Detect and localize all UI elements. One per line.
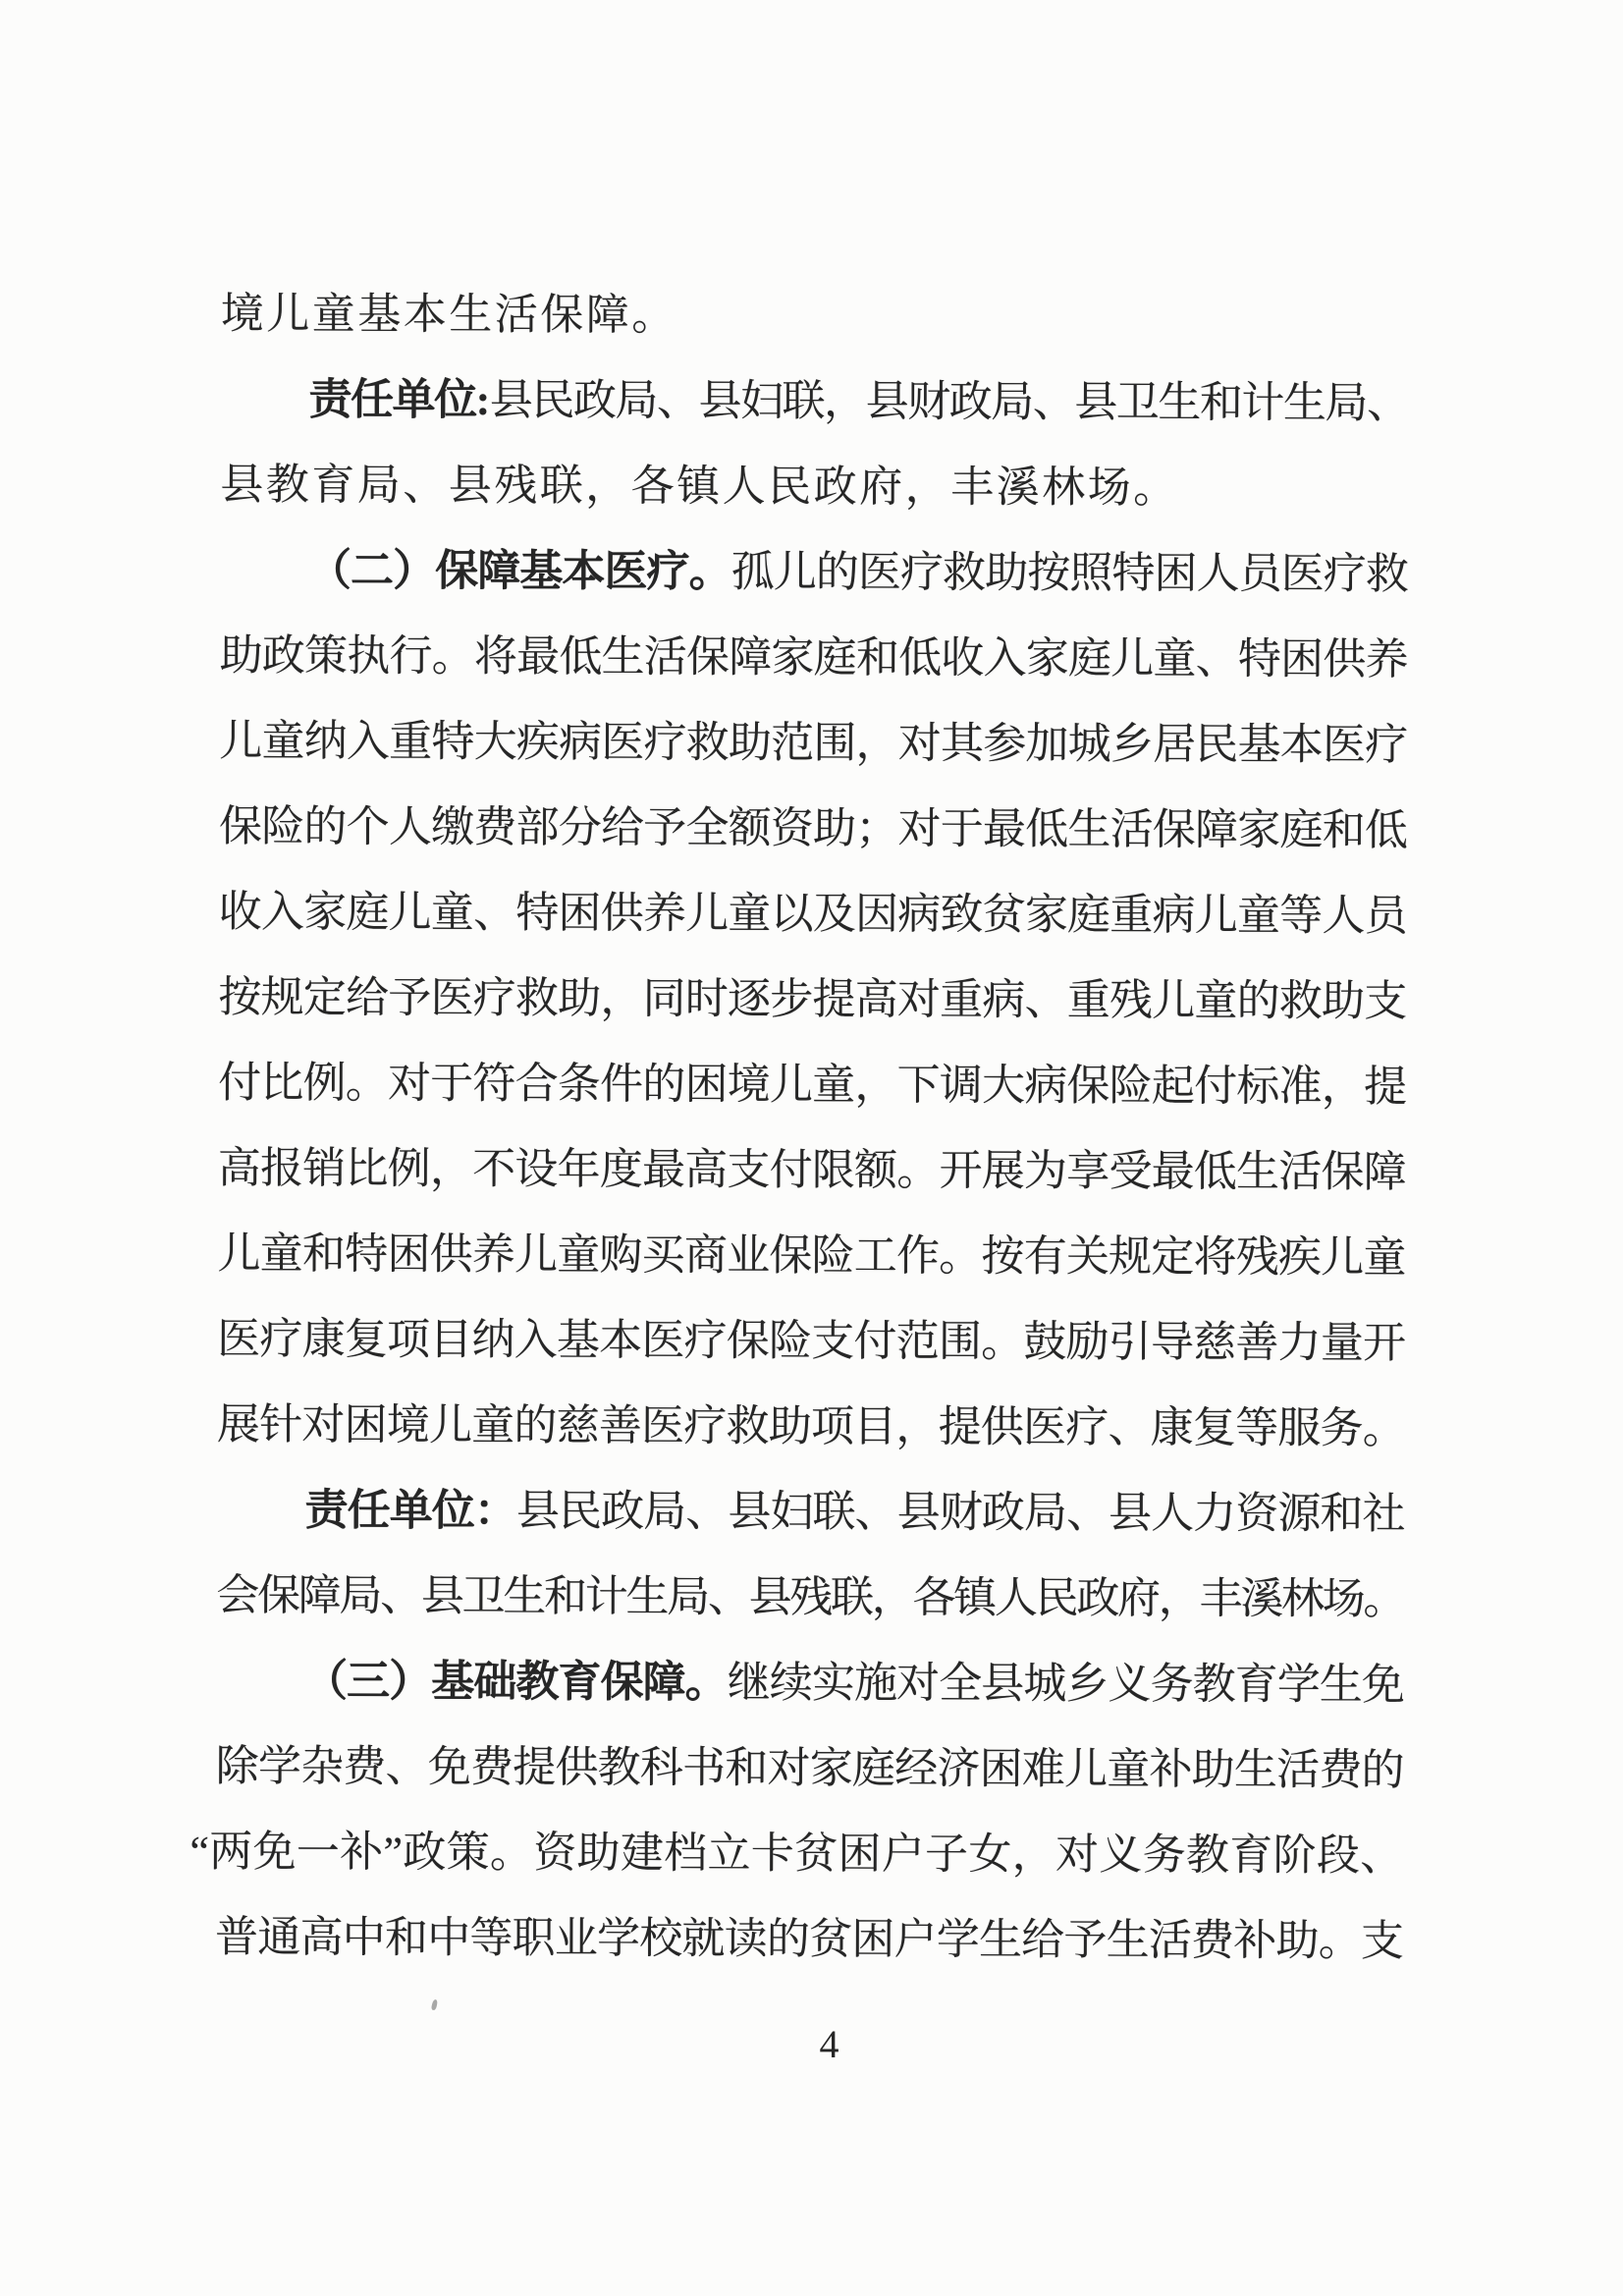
text-char: 儿 bbox=[770, 1063, 812, 1106]
text-char: 本 bbox=[562, 550, 604, 593]
text-char: 病 bbox=[1152, 894, 1194, 937]
text-line: 付比例。对于符合条件的困境儿童，下调大病保险起付标准，提 bbox=[218, 1040, 1406, 1129]
text-char: 县 bbox=[728, 1490, 770, 1533]
text-char: 规 bbox=[1109, 1235, 1151, 1279]
text-char: 助 bbox=[558, 977, 600, 1020]
text-char: 务 bbox=[1321, 1406, 1363, 1449]
text-line: 普通高中和中等职业学校就读的贫困户学生给予生活费补助。支 bbox=[215, 1894, 1403, 1984]
text-char: 救 bbox=[1279, 979, 1322, 1022]
text-char: 建 bbox=[621, 1831, 664, 1875]
text-char: 、 bbox=[385, 1745, 427, 1788]
text-char: 费 bbox=[473, 805, 515, 848]
text-char: 等 bbox=[1279, 894, 1322, 937]
text-char: 居 bbox=[1153, 723, 1195, 766]
text-char: 和 bbox=[1320, 1492, 1362, 1535]
text-char: 通 bbox=[257, 1916, 299, 1959]
text-char: 生 bbox=[1283, 381, 1325, 424]
text-char: 险 bbox=[811, 1234, 853, 1278]
text-char: 学 bbox=[937, 1918, 979, 1961]
text-char: 疗 bbox=[1365, 724, 1407, 767]
text-char: 儿 bbox=[774, 550, 816, 593]
text-char: 特 bbox=[345, 1232, 387, 1276]
text-char: 康 bbox=[302, 1318, 345, 1361]
text-char: 生 bbox=[1158, 381, 1200, 424]
text-char: 报 bbox=[260, 1147, 302, 1190]
text-char: 围 bbox=[813, 722, 855, 765]
text-char: 县 bbox=[866, 380, 908, 423]
text-char: 单 bbox=[393, 378, 435, 421]
text-char: 医 bbox=[858, 551, 900, 594]
text-char: 县 bbox=[981, 1662, 1023, 1705]
text-char: 收 bbox=[941, 636, 983, 680]
text-char: 策 bbox=[447, 1831, 490, 1874]
text-char: 和 bbox=[302, 1232, 345, 1276]
text-char: 政 bbox=[601, 1490, 643, 1533]
text-char: ， bbox=[854, 1064, 896, 1107]
text-char: 林 bbox=[1281, 1577, 1323, 1620]
text-char: 卫 bbox=[462, 1574, 504, 1617]
text-char: ， bbox=[1159, 1577, 1200, 1620]
text-char: 子 bbox=[925, 1832, 968, 1876]
text-char: 同 bbox=[643, 977, 685, 1020]
text-char: 贫 bbox=[794, 1832, 838, 1876]
text-char: 员 bbox=[1239, 552, 1281, 595]
text-char: 务 bbox=[1150, 1663, 1192, 1706]
text-char: 支 bbox=[811, 1320, 853, 1363]
text-char: 部 bbox=[515, 806, 558, 849]
text-char: 医 bbox=[601, 721, 643, 764]
text-char: 医 bbox=[604, 550, 646, 593]
text-char: 比 bbox=[260, 1062, 302, 1105]
text-char: 保 bbox=[1153, 808, 1195, 851]
text-char: 养 bbox=[472, 1232, 514, 1276]
text-char: 本 bbox=[1280, 723, 1323, 766]
text-char: 供 bbox=[981, 1405, 1023, 1449]
text-char: 商 bbox=[684, 1233, 727, 1277]
text-char: 活 bbox=[644, 635, 686, 679]
text-char: 纳 bbox=[304, 720, 347, 763]
text-char: 本 bbox=[599, 1319, 641, 1362]
text-char: 家 bbox=[303, 891, 346, 934]
text-char: 支 bbox=[727, 1148, 769, 1191]
text-char: 疗 bbox=[683, 1404, 726, 1448]
text-char: 困 bbox=[344, 1403, 386, 1447]
text-char: 资 bbox=[1235, 1492, 1277, 1535]
text-char: 保 bbox=[727, 1319, 769, 1362]
text-char: 杂 bbox=[300, 1745, 343, 1788]
text-char: 重 bbox=[389, 720, 431, 763]
text-char: 展 bbox=[982, 1149, 1024, 1192]
text-char: 项 bbox=[811, 1405, 853, 1449]
text-char: 残 bbox=[1236, 1235, 1278, 1279]
text-char: 导 bbox=[1151, 1321, 1193, 1364]
text-char: 医 bbox=[217, 1317, 259, 1360]
text-char: 特 bbox=[431, 720, 473, 763]
text-char: 户 bbox=[893, 1918, 936, 1961]
text-char: 重 bbox=[940, 978, 982, 1021]
text-char: 鼓 bbox=[1023, 1320, 1065, 1363]
text-char: 儿 bbox=[1064, 1748, 1107, 1791]
text-char: 病 bbox=[1024, 1064, 1066, 1107]
text-char: 员 bbox=[1365, 895, 1407, 938]
text-char: 病 bbox=[897, 893, 940, 936]
text-char: 开 bbox=[939, 1149, 981, 1192]
text-char: 设 bbox=[514, 1148, 557, 1191]
text-char: 额 bbox=[729, 806, 771, 849]
text-char: 费 bbox=[343, 1745, 385, 1788]
text-char: 费 bbox=[1191, 1919, 1233, 1962]
text-char: 孤 bbox=[731, 550, 774, 593]
text-char: 生 bbox=[979, 1918, 1021, 1961]
text-char: 助 bbox=[1192, 1748, 1234, 1791]
text-char: 童 bbox=[1153, 637, 1195, 681]
text-char: 计 bbox=[585, 1575, 626, 1618]
text-char: 供 bbox=[430, 1232, 472, 1276]
text-char: 儿 bbox=[429, 1403, 471, 1447]
text-char: 目 bbox=[429, 1318, 471, 1361]
text-char: 给 bbox=[346, 976, 388, 1019]
text-char: 贫 bbox=[809, 1918, 851, 1961]
text-char: 例 bbox=[388, 1147, 430, 1190]
text-char: 除 bbox=[216, 1744, 258, 1787]
text-char: 教 bbox=[598, 1746, 640, 1789]
text-char: 按 bbox=[218, 975, 260, 1018]
text-line: 医疗康复项目纳入基本医疗保险支付范围。鼓励引导慈善力量开 bbox=[217, 1296, 1405, 1386]
text-char: 付 bbox=[1194, 1065, 1236, 1108]
text-char: 致 bbox=[940, 893, 982, 936]
text-char: 困 bbox=[838, 1832, 881, 1876]
text-char: 救 bbox=[943, 551, 985, 594]
text-char: 的 bbox=[816, 551, 858, 594]
text-char: 引 bbox=[1109, 1321, 1151, 1364]
text-char: 难 bbox=[1022, 1747, 1064, 1790]
text-char: 妇 bbox=[740, 379, 783, 422]
text-char: 疗 bbox=[259, 1318, 301, 1361]
text-line: 保险的个人缴费部分给予全额资助；对于最低生活保障家庭和低 bbox=[219, 784, 1407, 873]
text-char: 保 bbox=[435, 549, 477, 592]
text-char: 享 bbox=[1066, 1150, 1109, 1193]
text-char: 家 bbox=[1025, 893, 1067, 936]
text-char: 康 bbox=[1151, 1406, 1193, 1449]
text-char: 险 bbox=[261, 805, 303, 848]
text-char: 起 bbox=[1152, 1065, 1194, 1108]
text-char: 家 bbox=[771, 635, 813, 679]
text-char: 庭 bbox=[1068, 637, 1110, 681]
text-char: 力 bbox=[1193, 1492, 1235, 1535]
text-char: 提 bbox=[812, 978, 854, 1021]
text-char: 按 bbox=[1027, 551, 1069, 594]
text-char: 障 bbox=[477, 549, 519, 592]
text-char: 学 bbox=[258, 1745, 300, 1788]
text-char: 童 bbox=[1107, 1748, 1149, 1791]
text-char: ） bbox=[389, 1660, 431, 1703]
text-char: 和 bbox=[1323, 808, 1365, 851]
text-char: 力 bbox=[1278, 1321, 1321, 1364]
text-char: 范 bbox=[896, 1320, 939, 1363]
text-char: 医 bbox=[641, 1319, 683, 1362]
text-char: 家 bbox=[1026, 636, 1068, 680]
text-char: 镇 bbox=[953, 1576, 995, 1619]
text-char: 单 bbox=[390, 1489, 432, 1532]
text-char: 对 bbox=[898, 722, 941, 765]
page-number: 4 bbox=[0, 2021, 1623, 2067]
text-char: 疗 bbox=[900, 551, 943, 594]
text-char: 障 bbox=[1364, 1151, 1406, 1194]
text-char: 。 bbox=[685, 1661, 728, 1704]
text-char: 女 bbox=[968, 1832, 1011, 1876]
text-char: 参 bbox=[983, 722, 1025, 765]
text-line: （二）保障基本医疗。孤儿的医疗救助按照特困人员医疗救 bbox=[220, 527, 1408, 617]
text-char: 量 bbox=[1321, 1321, 1363, 1364]
text-char: 特 bbox=[515, 892, 558, 935]
text-char: 下 bbox=[897, 1064, 940, 1107]
text-char: 慈 bbox=[557, 1404, 599, 1448]
text-char: 低 bbox=[1194, 1150, 1236, 1193]
text-char: 展 bbox=[217, 1402, 259, 1446]
text-char: 保 bbox=[1066, 1065, 1109, 1108]
text-char: 计 bbox=[1241, 381, 1283, 424]
text-char: 境 bbox=[387, 1403, 429, 1447]
text-char: 财 bbox=[940, 1491, 982, 1534]
text-char: 人 bbox=[1322, 894, 1364, 937]
text-char: 政 bbox=[949, 380, 992, 423]
text-char: 贫 bbox=[983, 893, 1025, 936]
text-char: 基 bbox=[1237, 723, 1279, 766]
text-line: 责任单位：县民政局、县妇联、县财政局、县人力资源和社 bbox=[216, 1467, 1404, 1557]
text-char: 予 bbox=[643, 806, 685, 849]
text-char: 病 bbox=[982, 978, 1024, 1021]
text-char: 。 bbox=[981, 1320, 1023, 1363]
text-char: 人 bbox=[1151, 1492, 1193, 1535]
text-char: 民 bbox=[531, 379, 573, 422]
text-char: 档 bbox=[664, 1831, 707, 1875]
text-char: 童 bbox=[557, 1233, 599, 1277]
text-char: 活 bbox=[1149, 1919, 1191, 1962]
text-char: 的 bbox=[303, 805, 346, 848]
text-char: 困 bbox=[1154, 552, 1196, 595]
text-line: 儿童纳入重特大疾病医疗救助范围，对其参加城乡居民基本医疗 bbox=[219, 698, 1407, 788]
text-char: ， bbox=[1322, 1065, 1364, 1108]
text-char: 全 bbox=[685, 806, 728, 849]
text-char: 救 bbox=[1366, 553, 1408, 596]
text-char: 助 bbox=[769, 1404, 811, 1448]
text-char: 符 bbox=[472, 1062, 514, 1105]
text-line: 高报销比例，不设年度最高支付限额。开展为享受最低生活保障 bbox=[218, 1125, 1406, 1215]
text-char: 补 bbox=[1233, 1919, 1275, 1962]
text-char: 慈 bbox=[1193, 1321, 1235, 1364]
text-char: 生 bbox=[1067, 808, 1109, 851]
text-char: 生 bbox=[1234, 1748, 1276, 1791]
text-char: 学 bbox=[1277, 1663, 1320, 1706]
text-char: 生 bbox=[1236, 1150, 1278, 1193]
text-char: 教 bbox=[515, 1661, 558, 1704]
text-char: 生 bbox=[1107, 1919, 1149, 1962]
text-char: 校 bbox=[639, 1917, 681, 1960]
text-char: 提 bbox=[513, 1746, 555, 1789]
text-line: 除学杂费、免费提供教科书和对家庭经济困难儿童补助生活费的 bbox=[216, 1723, 1404, 1813]
text-char: 照 bbox=[1069, 552, 1111, 595]
text-char: 按 bbox=[981, 1234, 1023, 1278]
text-char: 。 bbox=[939, 1234, 981, 1278]
text-char: 障 bbox=[643, 1661, 685, 1704]
text-char: 活 bbox=[1110, 808, 1153, 851]
text-char: 、 bbox=[1024, 978, 1066, 1021]
text-char: （ bbox=[308, 549, 351, 592]
text-char: 将 bbox=[1193, 1235, 1235, 1279]
text-char: 生 bbox=[602, 635, 644, 679]
text-char: 局 bbox=[339, 1574, 380, 1617]
text-char: 助 bbox=[985, 551, 1027, 594]
text-char: 务 bbox=[1143, 1833, 1186, 1877]
text-char: 重 bbox=[1109, 894, 1152, 937]
text-char: 会 bbox=[216, 1573, 257, 1616]
text-char: 予 bbox=[388, 976, 430, 1019]
text-char: 以 bbox=[770, 892, 812, 935]
text-char: 救 bbox=[515, 977, 558, 1020]
text-char: 普 bbox=[215, 1915, 257, 1958]
text-char: 障 bbox=[298, 1574, 340, 1617]
text-char: 纳 bbox=[471, 1318, 514, 1361]
text-char: 民 bbox=[1036, 1576, 1077, 1619]
text-char: 立 bbox=[707, 1831, 750, 1875]
text-char: 逐 bbox=[728, 977, 770, 1020]
text-char: 医 bbox=[1023, 1405, 1065, 1449]
text-char: 围 bbox=[939, 1320, 981, 1363]
text-char: 作 bbox=[896, 1234, 939, 1278]
text-char: 医 bbox=[430, 976, 472, 1019]
text-char: 和 bbox=[385, 1916, 427, 1959]
text-char: 政 bbox=[262, 634, 304, 678]
text-char: 义 bbox=[1099, 1833, 1142, 1877]
text-char: 销 bbox=[302, 1147, 345, 1190]
text-char: 将 bbox=[474, 634, 516, 678]
text-char: 义 bbox=[1108, 1663, 1150, 1706]
text-char: 收 bbox=[219, 890, 261, 933]
text-char: 最 bbox=[642, 1148, 684, 1191]
text-char: 妇 bbox=[770, 1490, 812, 1533]
text-char: 医 bbox=[641, 1404, 683, 1448]
text-char: 和 bbox=[1200, 381, 1242, 424]
text-char: 局 bbox=[643, 1490, 685, 1533]
text-char: ” bbox=[383, 1831, 403, 1874]
text-char: 。 bbox=[1319, 1919, 1361, 1962]
text-char: 保 bbox=[257, 1574, 298, 1617]
text-char: 任 bbox=[348, 1489, 390, 1532]
text-char: 局 bbox=[991, 380, 1033, 423]
text-char: 费 bbox=[1319, 1748, 1361, 1791]
text-char: 等 bbox=[1235, 1406, 1277, 1449]
text-line: 县教育局、县残联，各镇人民政府，丰溪林场。 bbox=[220, 442, 1408, 531]
text-char: 障 bbox=[729, 635, 771, 679]
text-char: 购 bbox=[599, 1233, 641, 1277]
text-char: 施 bbox=[854, 1662, 896, 1705]
text-char: 重 bbox=[1067, 979, 1109, 1022]
text-char: 、 bbox=[473, 891, 515, 934]
text-char: 助 bbox=[220, 633, 262, 677]
text-char: 一 bbox=[297, 1831, 340, 1874]
text-char: 等 bbox=[469, 1916, 512, 1959]
text-char: 、 bbox=[1033, 380, 1075, 423]
text-char: 三 bbox=[347, 1660, 389, 1703]
text-char: 资 bbox=[533, 1831, 576, 1875]
text-char: 准 bbox=[1279, 1065, 1322, 1108]
text-char: 和 bbox=[856, 636, 898, 680]
text-char: 卫 bbox=[1116, 381, 1159, 424]
text-char: 范 bbox=[771, 721, 813, 764]
text-char: 助 bbox=[729, 721, 771, 764]
text-char: 就 bbox=[681, 1917, 724, 1960]
text-char: 针 bbox=[259, 1403, 301, 1447]
text-char: 人 bbox=[995, 1576, 1036, 1619]
text-char: 提 bbox=[939, 1405, 981, 1449]
text-char: 政 bbox=[982, 1491, 1024, 1534]
text-char: 受 bbox=[1109, 1150, 1151, 1193]
text-char: 童 bbox=[1194, 979, 1236, 1022]
text-char: 供 bbox=[555, 1746, 597, 1789]
text-char: 工 bbox=[854, 1234, 896, 1278]
text-char: 补 bbox=[340, 1831, 383, 1874]
text-char: 实 bbox=[812, 1662, 854, 1705]
text-char: 育 bbox=[1235, 1663, 1277, 1706]
text-char: 县 bbox=[698, 379, 740, 422]
text-char: 费 bbox=[470, 1745, 513, 1788]
text-line: （三）基础教育保障。继续实施对全县城乡义务教育学生免 bbox=[216, 1638, 1404, 1727]
text-char: 中 bbox=[427, 1916, 469, 1959]
text-char: 、 bbox=[1108, 1406, 1150, 1449]
text-char: 。 bbox=[689, 550, 731, 593]
text-char: 。 bbox=[896, 1149, 939, 1192]
text-char: 最 bbox=[516, 635, 559, 679]
text-char: ； bbox=[855, 807, 897, 850]
text-char: 入 bbox=[261, 891, 303, 934]
text-char: 业 bbox=[727, 1233, 769, 1277]
text-char: 和 bbox=[544, 1575, 585, 1618]
text-char: 联 bbox=[831, 1576, 872, 1619]
text-char: 低 bbox=[1365, 809, 1407, 852]
text-char: 局 bbox=[1024, 1491, 1066, 1534]
text-char: 策 bbox=[304, 634, 347, 678]
text-char: 免 bbox=[428, 1745, 470, 1788]
text-line: 境儿童基本生活保障。 bbox=[221, 271, 1409, 360]
text-char: 童 bbox=[1237, 894, 1279, 937]
text-char: 保 bbox=[769, 1233, 811, 1277]
text-char: 供 bbox=[1323, 637, 1365, 681]
text-char: 入 bbox=[347, 720, 389, 763]
text-char: 入 bbox=[983, 636, 1025, 680]
scanned-document-page: 境儿童基本生活保障。责任单位:县民政局、县妇联，县财政局、县卫生和计生局、县教育… bbox=[0, 0, 1623, 2296]
text-char: 困 bbox=[1280, 637, 1323, 681]
text-char: 二 bbox=[351, 549, 393, 592]
text-char: 病 bbox=[559, 721, 601, 764]
text-char: 助 bbox=[1275, 1919, 1318, 1962]
text-char: 庭 bbox=[814, 636, 856, 680]
text-char: 县 bbox=[1109, 1492, 1151, 1535]
text-char: 疗 bbox=[473, 976, 515, 1019]
text-char: 科 bbox=[640, 1746, 682, 1789]
text-char: 对 bbox=[897, 807, 940, 850]
text-char: 定 bbox=[1151, 1235, 1193, 1279]
text-char: 对 bbox=[767, 1746, 809, 1789]
text-char: 大 bbox=[474, 720, 516, 763]
text-char: 局 bbox=[1325, 381, 1367, 424]
text-char: 、 bbox=[1196, 637, 1238, 681]
text-char: 医 bbox=[1281, 552, 1324, 595]
text-char: 书 bbox=[682, 1746, 725, 1789]
text-char: 责 bbox=[305, 1489, 348, 1532]
ink-speck bbox=[431, 1999, 439, 2011]
text-char: 保 bbox=[219, 804, 261, 847]
text-char: 、 bbox=[708, 1575, 749, 1618]
